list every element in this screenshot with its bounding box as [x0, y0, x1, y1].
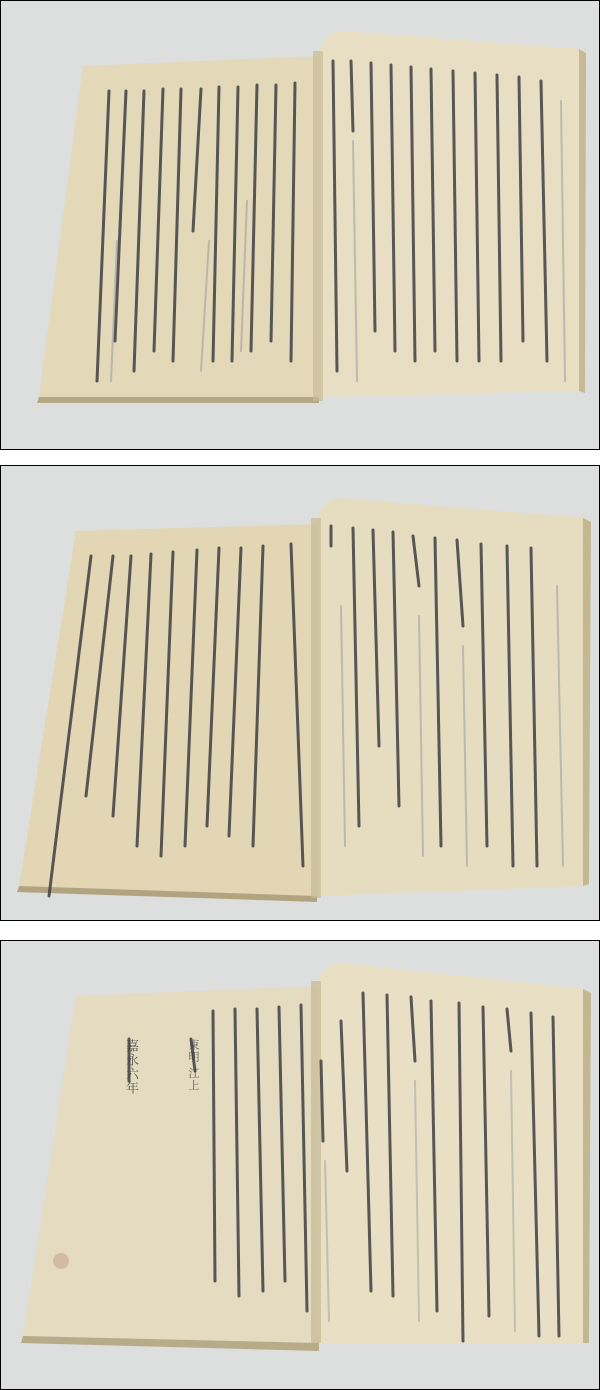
manuscript-photo-1	[1, 1, 599, 449]
colophon-date: 嘉永六年	[121, 1039, 140, 1095]
photo-panel-3: 嘉永六年 東明 江上	[0, 940, 600, 1390]
colophon-signature: 東明 江上	[185, 1039, 201, 1092]
manuscript-photo-2	[1, 466, 599, 920]
manuscript-photo-3	[1, 941, 599, 1389]
photo-panel-1	[0, 0, 600, 450]
photo-panel-2	[0, 465, 600, 921]
